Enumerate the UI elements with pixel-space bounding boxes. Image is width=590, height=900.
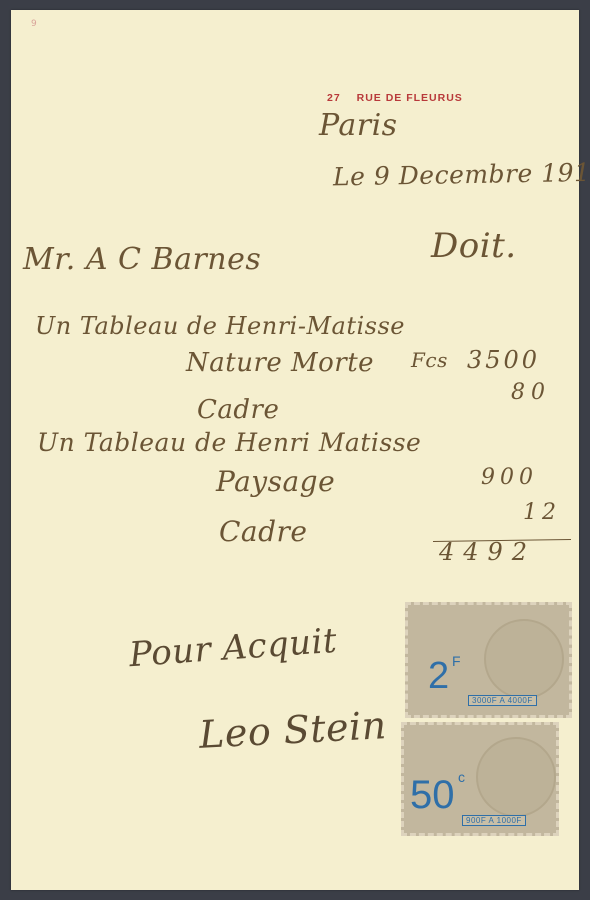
item-2-title: Paysage bbox=[216, 465, 335, 498]
place: Paris bbox=[319, 108, 398, 143]
doit-label: Doit. bbox=[431, 226, 517, 266]
item-2-frame-amount: 12 bbox=[523, 500, 561, 525]
letterhead-number: 27 bbox=[327, 92, 341, 104]
item-2-amount: 900 bbox=[481, 465, 538, 490]
item-1-frame-amount: 80 bbox=[511, 380, 551, 405]
stamp-1-value: 2 bbox=[428, 655, 449, 698]
item-1-amount: 3500 bbox=[467, 346, 540, 374]
item-1-title: Nature Morte bbox=[186, 348, 374, 378]
stamp-1-unit: F bbox=[452, 653, 461, 669]
item-1-currency: Fcs bbox=[411, 348, 448, 372]
corner-mark: 9 bbox=[31, 19, 37, 29]
stamp-1-range: 3000F A 4000F bbox=[468, 695, 537, 706]
revenue-stamp-2f: 2 F 3000F A 4000F bbox=[405, 602, 572, 718]
medallion-icon bbox=[476, 737, 556, 817]
medallion-icon bbox=[484, 619, 564, 699]
stamp-2-unit: c bbox=[458, 769, 465, 785]
revenue-stamp-50c: 50 c 900F A 1000F bbox=[401, 722, 559, 836]
stamp-2-value: 50 bbox=[410, 773, 455, 818]
letterhead-street: RUE DE FLEURUS bbox=[357, 92, 463, 104]
item-2-heading: Un Tableau de Henri Matisse bbox=[37, 428, 421, 457]
acquittal-text: Pour Acquit bbox=[128, 621, 339, 675]
item-1-heading: Un Tableau de Henri-Matisse bbox=[35, 312, 405, 340]
date: Le 9 Decembre 1912 bbox=[333, 158, 590, 192]
item-1-frame-label: Cadre bbox=[197, 395, 279, 425]
signature: Leo Stein bbox=[198, 703, 388, 757]
recipient: Mr. A C Barnes bbox=[23, 242, 261, 277]
letterhead: 27 RUE DE FLEURUS bbox=[327, 92, 463, 104]
item-2-frame-label: Cadre bbox=[219, 515, 308, 548]
stamp-2-range: 900F A 1000F bbox=[462, 815, 526, 826]
total-amount: 4492 bbox=[439, 538, 536, 566]
